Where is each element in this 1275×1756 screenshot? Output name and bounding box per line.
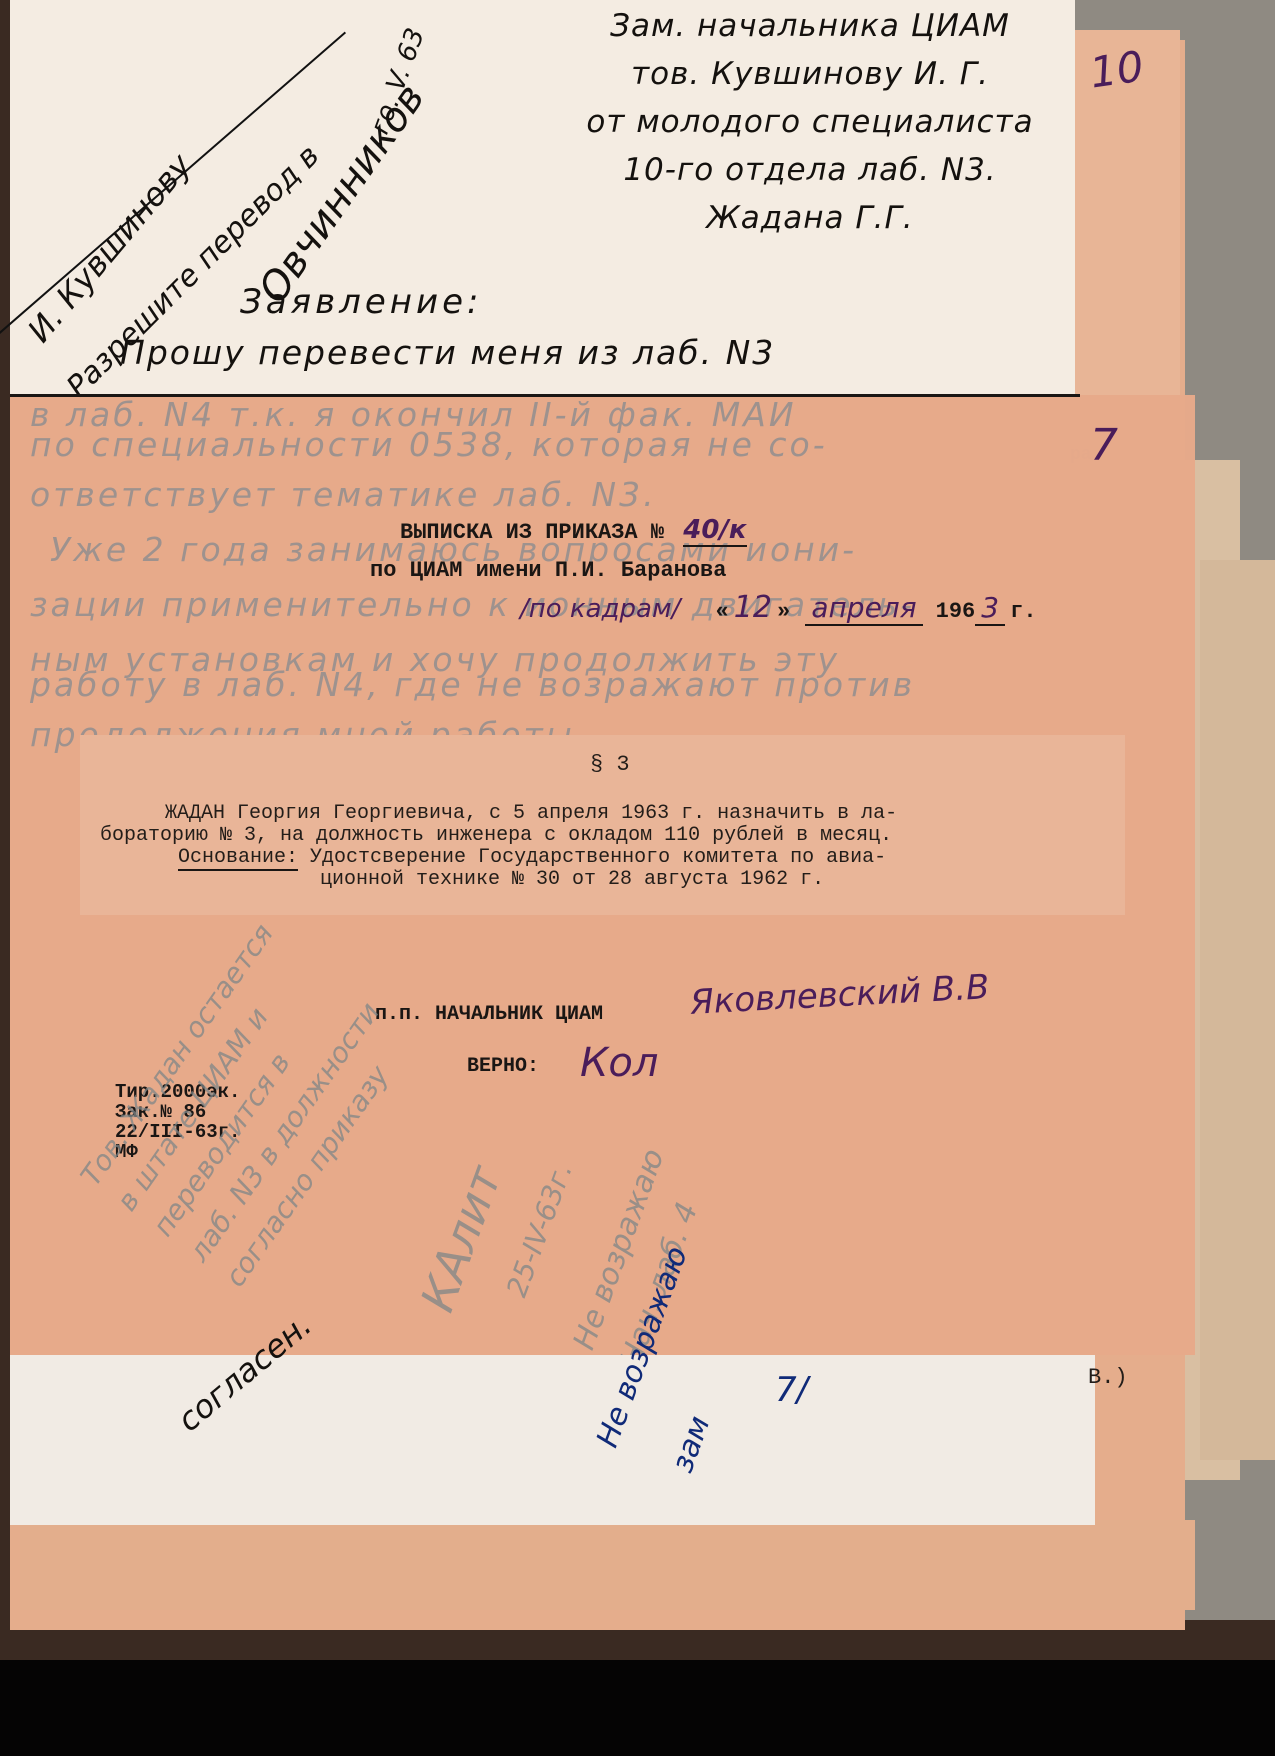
addressee-line: Зам. начальника ЦИАМ xyxy=(540,2,1080,50)
order-paragraph: ЖАДАН Георгия Георгиевича, с 5 апреля 19… xyxy=(100,803,897,891)
bottom-backing-sheet xyxy=(20,1520,1195,1610)
addressee-line: 10-го отдела лаб. N3. xyxy=(540,146,1080,194)
quote-close: » xyxy=(777,599,790,624)
addressee-line: тов. Кувшинову И. Г. xyxy=(540,50,1080,98)
folio-number-top: 10 xyxy=(1087,42,1147,98)
certified-signature: Кол xyxy=(580,1040,658,1086)
order-date-month: апреля xyxy=(805,591,922,626)
signatory-label: п.п. НАЧАЛЬНИК ЦИАМ xyxy=(375,1003,603,1026)
basis-line: Удостсверение Государственного комитета … xyxy=(298,846,886,869)
bottom-white-slip xyxy=(10,1355,1095,1525)
basis-line: ционной технике № 30 от 28 августа 1962 … xyxy=(100,869,897,891)
order-date-day: 12 xyxy=(734,590,772,625)
order-date-line: /по кадрам/ « 12 » апреля 1963 г. xyxy=(520,590,1037,625)
quote-open: « xyxy=(715,599,728,624)
statement-body-line: Прошу перевести меня из лаб. N3 xyxy=(120,333,775,372)
slip-text-fragment: В.) xyxy=(1088,1365,1128,1390)
scan-bottom-margin xyxy=(0,1660,1275,1756)
paragraph-line: бораторию № 3, на должность инженера с о… xyxy=(100,825,897,847)
statement-addressee: Зам. начальника ЦИАМ тов. Кувшинову И. Г… xyxy=(540,2,1080,242)
order-institution: по ЦИАМ имени П.И. Баранова xyxy=(370,558,726,583)
order-heading: ВЫПИСКА ИЗ ПРИКАЗА № 40/к xyxy=(400,515,747,545)
certified-label: ВЕРНО: xyxy=(467,1055,539,1078)
ghost-statement-line: работу в лаб. N4, где не возражают проти… xyxy=(30,665,915,704)
order-year-suffix: 3 xyxy=(975,591,1005,626)
ghost-statement-line: по специальности 0538, которая не со- xyxy=(30,425,828,464)
rear-sheet-edge-2 xyxy=(1200,560,1275,1460)
order-section-number: § 3 xyxy=(590,752,630,777)
order-year-prefix: 196 xyxy=(936,599,976,624)
addressee-line: от молодого специалиста xyxy=(540,98,1080,146)
blue-ink-fragment: 7/ xyxy=(775,1370,808,1410)
ghost-statement-line: ответствует тематике лаб. N3. xyxy=(30,475,657,514)
paragraph-line: ЖАДАН Георгия Георгиевича, с 5 апреля 19… xyxy=(100,803,897,825)
folio-number-middle: 7 xyxy=(1090,420,1118,471)
order-year-abbrev: г. xyxy=(1010,599,1036,624)
order-heading-text: ВЫПИСКА ИЗ ПРИКАЗА № xyxy=(400,520,664,545)
addressee-line: Жадана Г.Г. xyxy=(540,194,1080,242)
order-category: /по кадрам/ xyxy=(520,594,680,624)
order-number: 40/к xyxy=(683,515,746,547)
basis-label: Основание: xyxy=(178,846,298,871)
